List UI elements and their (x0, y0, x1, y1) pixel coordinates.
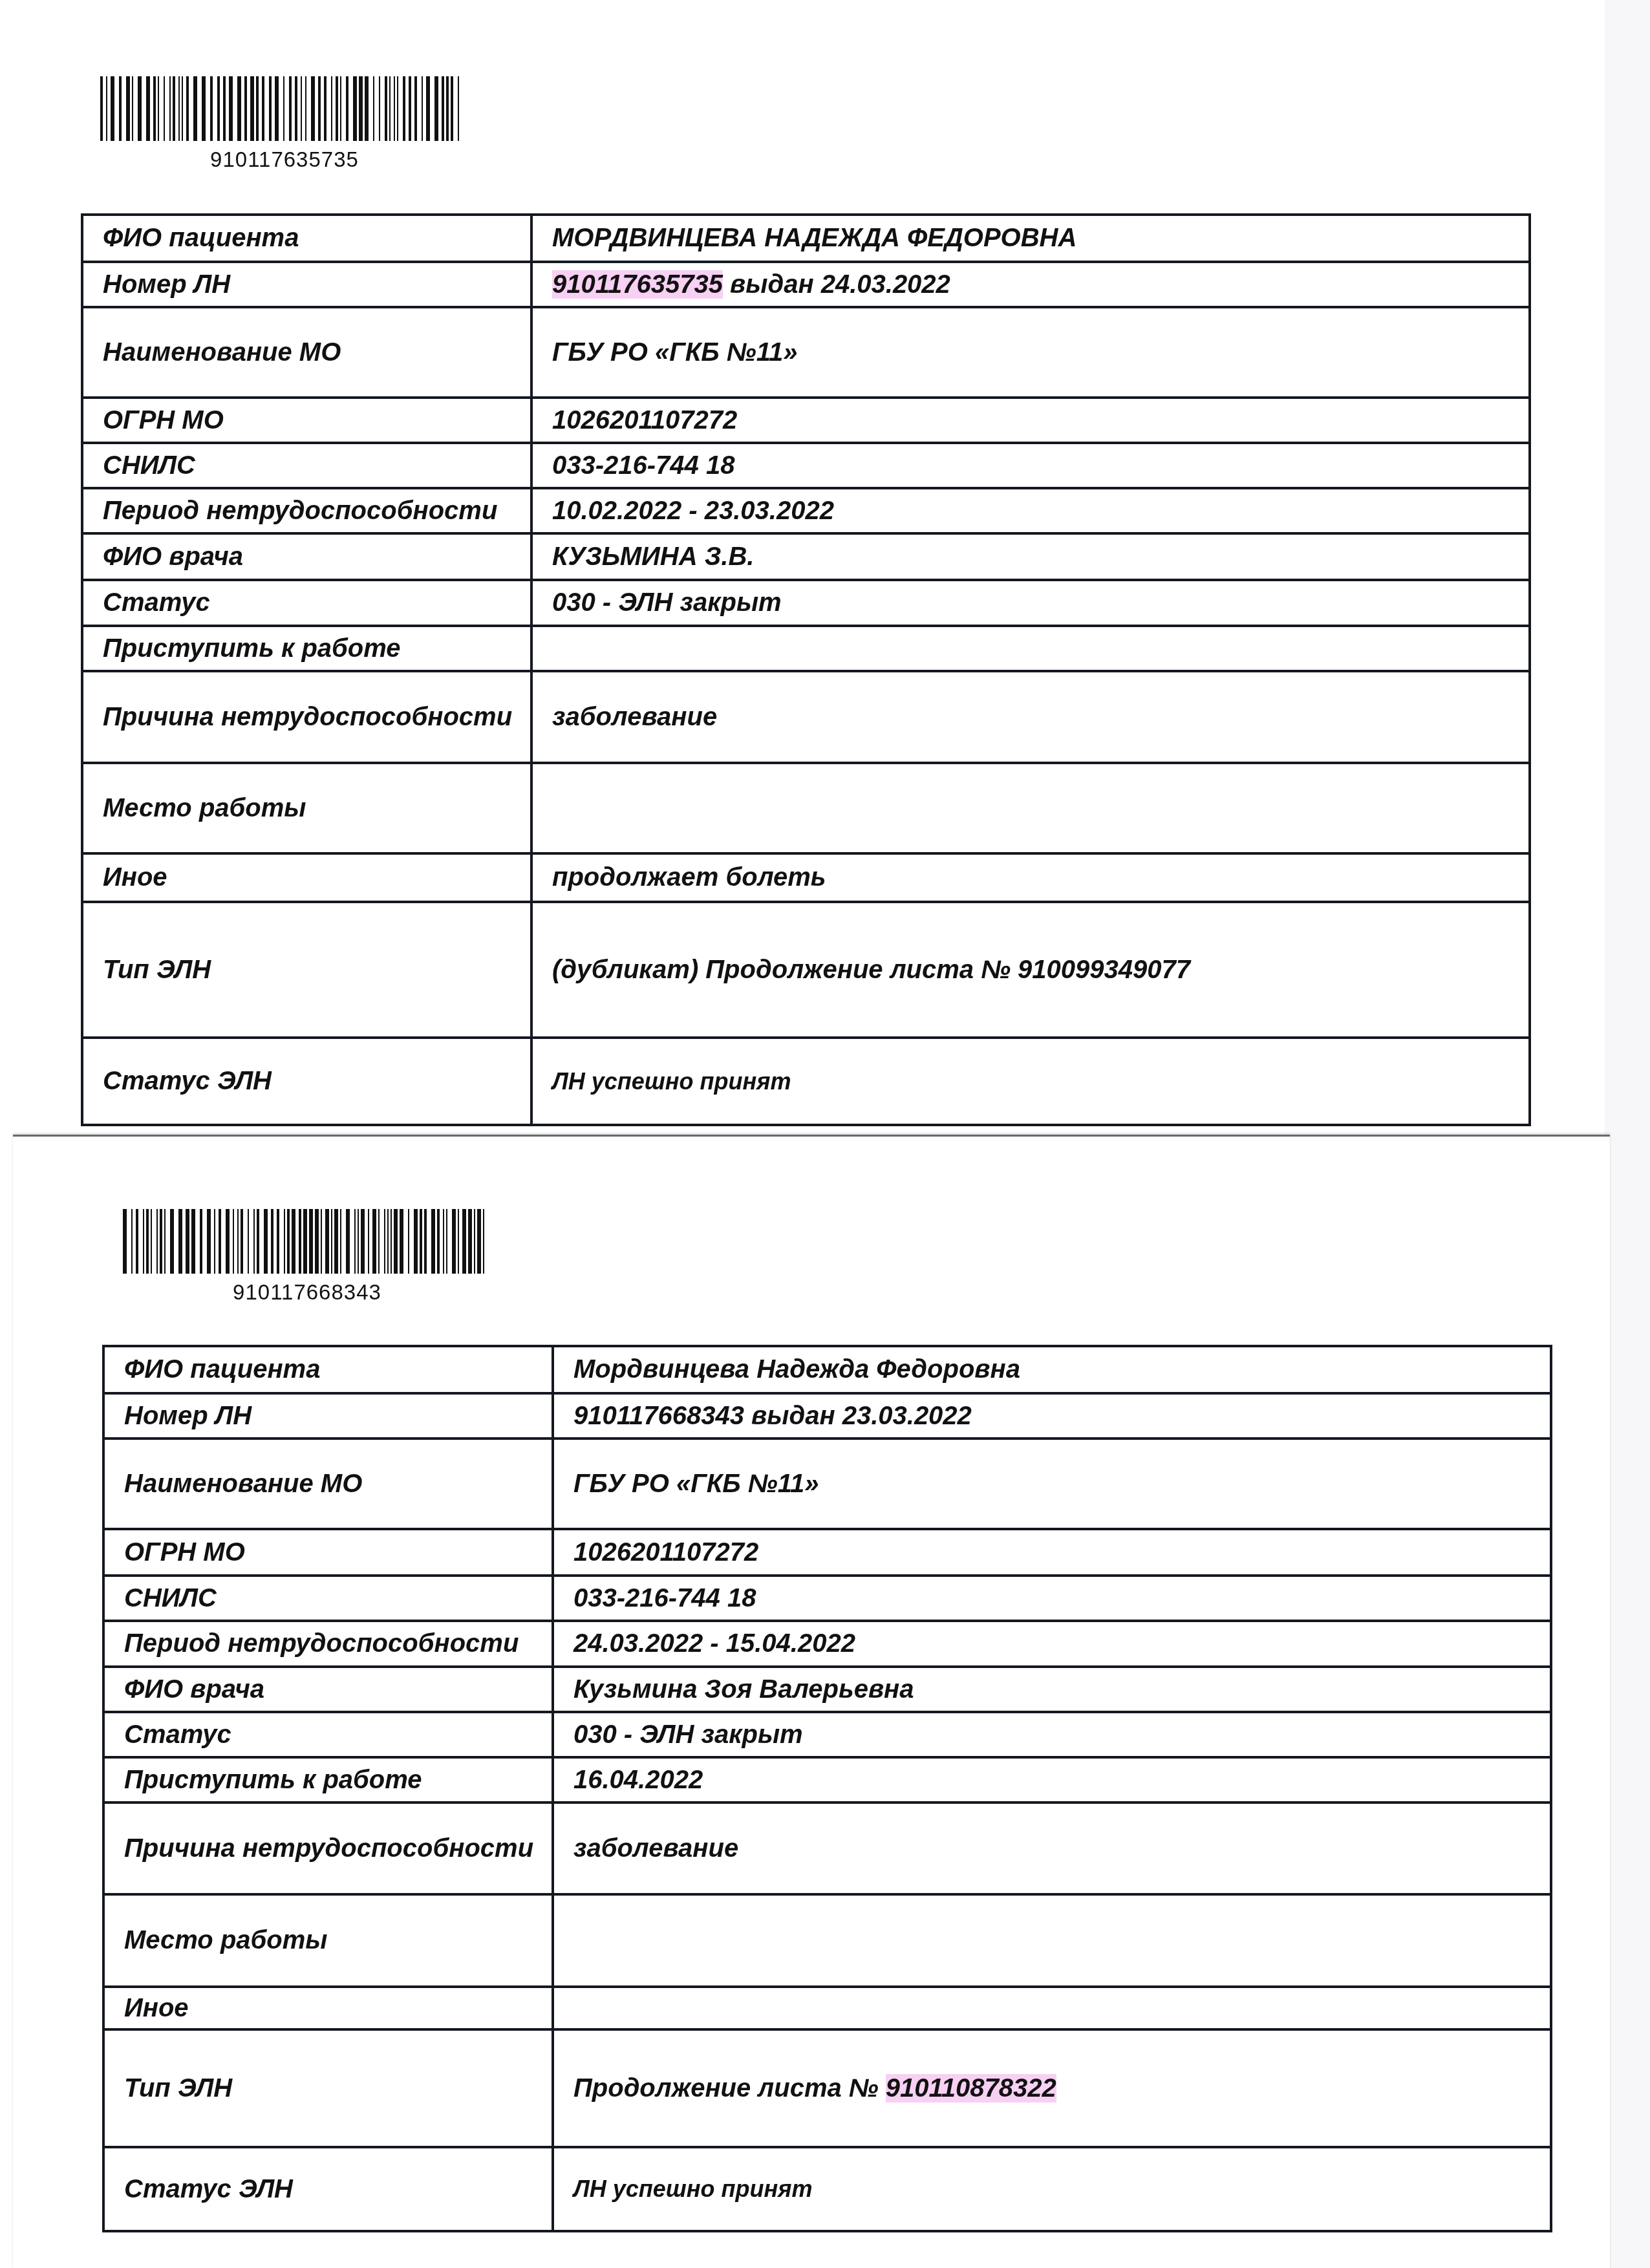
row-label: Наименование МО (103, 1439, 553, 1529)
table-row: ФИО пациента МОРДВИНЦЕВА НАДЕЖДА ФЕДОРОВ… (82, 215, 1530, 262)
row-label: Причина нетрудоспособности (103, 1803, 553, 1894)
table-row: ОГРН МО 1026201107272 (103, 1529, 1551, 1576)
patient-name: МОРДВИНЦЕВА НАДЕЖДА ФЕДОРОВНА (531, 215, 1530, 262)
row-label: Место работы (82, 763, 531, 853)
row-label: Наименование МО (82, 307, 531, 398)
barcode-number: 910117668343 (123, 1280, 491, 1305)
ogrn: 1026201107272 (553, 1529, 1551, 1576)
row-label: Тип ЭЛН (103, 2029, 553, 2147)
table-row: ФИО врача Кузьмина Зоя Валерьевна (103, 1667, 1551, 1712)
eln-type: (дубликат) Продолжение листа № 910099349… (531, 902, 1530, 1038)
patient-name: Мордвинцева Надежда Федоровна (553, 1346, 1551, 1393)
row-label: Номер ЛН (82, 262, 531, 307)
disability-reason: заболевание (553, 1803, 1551, 1894)
snils: 033-216-744 18 (531, 443, 1530, 488)
ogrn: 1026201107272 (531, 398, 1530, 443)
row-label: СНИЛС (103, 1576, 553, 1621)
highlighted-continuation-number: 910110878322 (886, 2074, 1056, 2102)
eln-table-1: ФИО пациента МОРДВИНЦЕВА НАДЕЖДА ФЕДОРОВ… (81, 213, 1531, 1126)
row-label: Статус (82, 580, 531, 626)
barcode-2: 910117668343 (123, 1209, 491, 1305)
other: продолжает болеть (531, 853, 1530, 902)
return-to-work: 16.04.2022 (553, 1757, 1551, 1803)
row-label: ФИО врача (103, 1667, 553, 1712)
barcode-number: 910117635735 (100, 147, 469, 172)
row-label: Приступить к работе (103, 1757, 553, 1803)
row-label: Период нетрудоспособности (82, 488, 531, 533)
row-label: Тип ЭЛН (82, 902, 531, 1038)
table-row: Статус ЭЛН ЛН успешно принят (82, 1038, 1530, 1125)
row-label: Место работы (103, 1894, 553, 1987)
row-label: ФИО пациента (103, 1346, 553, 1393)
row-label: Статус (103, 1712, 553, 1757)
ln-number: 910117635735 выдан 24.03.2022 (531, 262, 1530, 307)
table-row: Статус ЭЛН ЛН успешно принят (103, 2147, 1551, 2231)
table-row: Место работы (103, 1894, 1551, 1987)
disability-reason: заболевание (531, 671, 1530, 763)
status: 030 - ЭЛН закрыт (553, 1712, 1551, 1757)
scan-edge (1605, 0, 1650, 2268)
snils: 033-216-744 18 (553, 1576, 1551, 1621)
ln-number: 910117668343 выдан 23.03.2022 (553, 1393, 1551, 1439)
disability-period: 10.02.2022 - 23.03.2022 (531, 488, 1530, 533)
eln-status: ЛН успешно принят (553, 2147, 1551, 2231)
table-row: Причина нетрудоспособности заболевание (82, 671, 1530, 763)
mo-name: ГБУ РО «ГКБ №11» (531, 307, 1530, 398)
table-row: Наименование МО ГБУ РО «ГКБ №11» (82, 307, 1530, 398)
barcode-bars (100, 76, 469, 141)
continuation-text: Продолжение листа № (573, 2074, 886, 2102)
eln-table-2: ФИО пациента Мордвинцева Надежда Федоров… (102, 1345, 1552, 2232)
table-row: Иное продолжает болеть (82, 853, 1530, 902)
highlighted-ln-number: 910117635735 (552, 270, 723, 299)
eln-status: ЛН успешно принят (531, 1038, 1530, 1125)
doctor-name: Кузьмина Зоя Валерьевна (553, 1667, 1551, 1712)
disability-period: 24.03.2022 - 15.04.2022 (553, 1621, 1551, 1667)
row-label: ФИО пациента (82, 215, 531, 262)
table-row: Номер ЛН 910117668343 выдан 23.03.2022 (103, 1393, 1551, 1439)
other (553, 1987, 1551, 2029)
table-row: Причина нетрудоспособности заболевание (103, 1803, 1551, 1894)
table-row: Приступить к работе 16.04.2022 (103, 1757, 1551, 1803)
table-row: ОГРН МО 1026201107272 (82, 398, 1530, 443)
workplace (553, 1894, 1551, 1987)
row-label: ОГРН МО (82, 398, 531, 443)
table-row: Период нетрудоспособности 10.02.2022 - 2… (82, 488, 1530, 533)
doctor-name: КУЗЬМИНА З.В. (531, 533, 1530, 580)
table-row: Тип ЭЛН Продолжение листа № 910110878322 (103, 2029, 1551, 2147)
barcode-bars (123, 1209, 491, 1274)
table-row: ФИО пациента Мордвинцева Надежда Федоров… (103, 1346, 1551, 1393)
table-row: Период нетрудоспособности 24.03.2022 - 1… (103, 1621, 1551, 1667)
table-row: Номер ЛН 910117635735 выдан 24.03.2022 (82, 262, 1530, 307)
row-label: Причина нетрудоспособности (82, 671, 531, 763)
table-row: Статус 030 - ЭЛН закрыт (103, 1712, 1551, 1757)
issued-date: выдан 24.03.2022 (723, 270, 950, 299)
table-row: Наименование МО ГБУ РО «ГКБ №11» (103, 1439, 1551, 1529)
table-row: Тип ЭЛН (дубликат) Продолжение листа № 9… (82, 902, 1530, 1038)
status: 030 - ЭЛН закрыт (531, 580, 1530, 626)
table-row: Место работы (82, 763, 1530, 853)
mo-name: ГБУ РО «ГКБ №11» (553, 1439, 1551, 1529)
table-row: СНИЛС 033-216-744 18 (103, 1576, 1551, 1621)
return-to-work (531, 626, 1530, 671)
row-label: СНИЛС (82, 443, 531, 488)
table-row: СНИЛС 033-216-744 18 (82, 443, 1530, 488)
row-label: ОГРН МО (103, 1529, 553, 1576)
row-label: Иное (82, 853, 531, 902)
row-label: Статус ЭЛН (103, 2147, 553, 2231)
row-label: Приступить к работе (82, 626, 531, 671)
row-label: Статус ЭЛН (82, 1038, 531, 1125)
table-row: Приступить к работе (82, 626, 1530, 671)
eln-type: Продолжение листа № 910110878322 (553, 2029, 1551, 2147)
row-label: Номер ЛН (103, 1393, 553, 1439)
row-label: Иное (103, 1987, 553, 2029)
barcode-1: 910117635735 (100, 76, 469, 172)
row-label: ФИО врача (82, 533, 531, 580)
table-row: Статус 030 - ЭЛН закрыт (82, 580, 1530, 626)
row-label: Период нетрудоспособности (103, 1621, 553, 1667)
workplace (531, 763, 1530, 853)
table-row: ФИО врача КУЗЬМИНА З.В. (82, 533, 1530, 580)
table-row: Иное (103, 1987, 1551, 2029)
